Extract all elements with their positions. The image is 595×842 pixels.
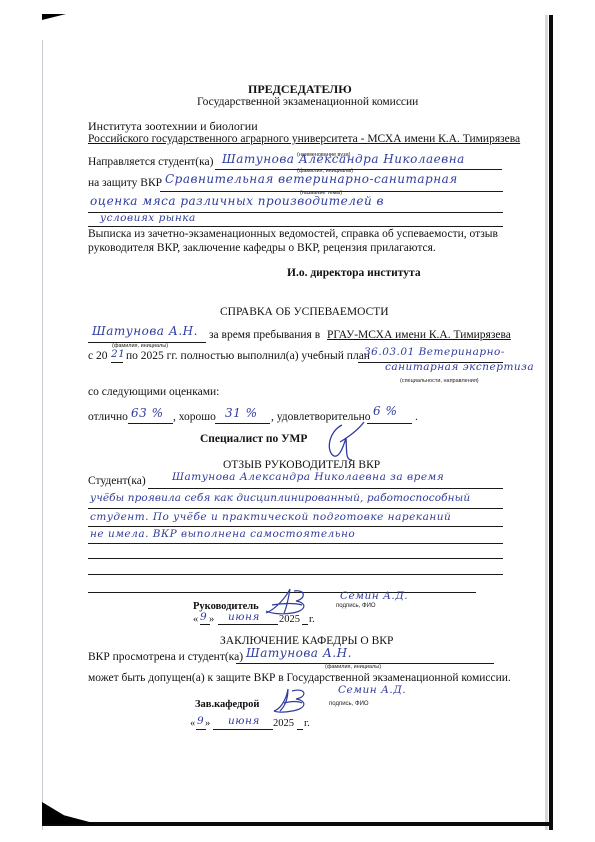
period-text: по 2025 гг. полностью выполнил(а) учебны… [126, 350, 370, 362]
topic-handwritten-1: Сравнительная ветеринарно-санитарная [165, 172, 458, 186]
supervisor-signature-caption: подпись, ФИО [336, 603, 376, 609]
head-signature [272, 685, 312, 715]
page-left-edge [42, 40, 43, 830]
performance-heading: СПРАВКА ОБ УСПЕВАЕМОСТИ [220, 306, 389, 318]
plan-caption: (специальности, направления) [400, 378, 479, 384]
supervisor-date-suffix: г. [309, 614, 315, 625]
performance-student-handwritten: Шатунова А.Н. [92, 324, 198, 338]
conclusion-date-month: июня [228, 715, 260, 727]
conclusion-student-handwritten: Шатунова А.Н. [246, 646, 352, 660]
start-year-line [111, 362, 123, 363]
conclusion-date-close-quote: » [205, 718, 210, 729]
grades-intro: со следующими оценками: [88, 386, 219, 398]
good-value: 31 % [225, 406, 258, 420]
page-bottom-border [42, 822, 553, 826]
review-line-6 [88, 574, 503, 575]
supervisor-date-close-quote: » [209, 614, 214, 625]
attachments-text-2: руководителя ВКР, заключение кафедры о В… [88, 242, 436, 254]
supervisor-month-line [218, 624, 278, 625]
head-of-department-label: Зав.кафедрой [195, 699, 259, 710]
institute-name: Института зоотехнии и биологии [88, 119, 258, 134]
review-text-4: не имела. ВКР выполнена самостоятельно [90, 528, 355, 540]
good-line [215, 423, 270, 424]
stay-text: за время пребывания в [209, 329, 320, 341]
conclusion-day-line [196, 729, 206, 730]
topic-handwritten-2: оценка мяса различных производителей в [90, 194, 384, 208]
supervisor-name-handwritten: Семин А.Д. [340, 590, 408, 602]
student-name-handwritten: Шатунова Александра Николаевна [222, 152, 465, 166]
topic-line-3 [88, 226, 503, 227]
plan-handwritten-2: санитарная экспертиза [385, 361, 534, 373]
start-year-handwritten: 21 [111, 348, 125, 360]
review-line-4 [88, 543, 503, 544]
excellent-line [128, 423, 173, 424]
review-line-5 [88, 558, 503, 559]
specialist-label: Специалист по УМР [200, 433, 307, 445]
document-title: ПРЕДСЕДАТЕЛЮ [248, 82, 352, 97]
director-label: И.о. директора института [287, 267, 421, 279]
university-short: РГАУ-МСХА имени К.А. Тимирязева [327, 329, 511, 341]
excellent-value: 63 % [131, 406, 164, 420]
review-heading: ОТЗЫВ РУКОВОДИТЕЛЯ ВКР [223, 459, 380, 471]
conclusion-student-caption: (фамилия, инициалы) [325, 664, 381, 670]
supervisor-year-line [302, 624, 308, 625]
scan-bottom-corner [42, 802, 97, 824]
attachments-text-1: Выписка из зачетно-экзаменационных ведом… [88, 228, 498, 240]
excellent-label: отлично [88, 411, 128, 423]
document-subtitle: Государственной экзаменационной комиссии [197, 96, 418, 108]
conclusion-month-line [213, 729, 273, 730]
defense-label: на защиту ВКР [88, 177, 162, 189]
scan-corner-mark [42, 14, 66, 20]
review-line-1 [148, 488, 503, 489]
student-label: Направляется студент(ка) [88, 156, 213, 168]
supervisor-signature [262, 587, 312, 617]
review-text-2: учёбы проявила себя как дисциплинированн… [90, 492, 470, 504]
page-right-border [549, 15, 553, 830]
conclusion-date-year: 2025 [273, 718, 294, 729]
head-signature-caption: подпись, ФИО [329, 701, 369, 707]
page-right-shadow [545, 15, 548, 830]
review-text-3: студент. По учёбе и практической подгото… [90, 511, 451, 523]
supervisor-date-year: 2025 [279, 614, 300, 625]
conclusion-date-suffix: г. [304, 718, 310, 729]
head-name-handwritten: Семин А.Д. [338, 684, 406, 696]
good-label: , хорошо [173, 411, 216, 423]
satisfactory-value: 6 % [373, 404, 397, 418]
conclusion-reviewed-label: ВКР просмотрена и студент(ка) [88, 651, 243, 663]
supervisor-date-open-quote: « [193, 614, 198, 625]
conclusion-date-open-quote: « [190, 718, 195, 729]
review-student-label: Студент(ка) [88, 475, 146, 487]
topic-handwritten-3: условиях рынка [100, 212, 196, 224]
conclusion-year-line [297, 729, 303, 730]
satisfactory-line [367, 423, 412, 424]
university-name: Российского государственного аграрного у… [88, 133, 520, 145]
plan-handwritten-1: 36.03.01 Ветеринарно- [364, 346, 505, 358]
review-text-1: Шатунова Александра Николаевна за время [172, 471, 444, 483]
student-line [215, 169, 502, 170]
conclusion-admitted-text: может быть допущен(а) к защите ВКР в Гос… [88, 672, 511, 684]
review-line-2 [88, 508, 503, 509]
supervisor-date-day: 9 [200, 611, 207, 623]
review-line-3 [88, 526, 503, 527]
conclusion-date-day: 9 [197, 715, 204, 727]
grades-end-dot: . [415, 411, 418, 423]
supervisor-date-month: июня [228, 611, 260, 623]
period-prefix: с 20 [88, 350, 107, 362]
